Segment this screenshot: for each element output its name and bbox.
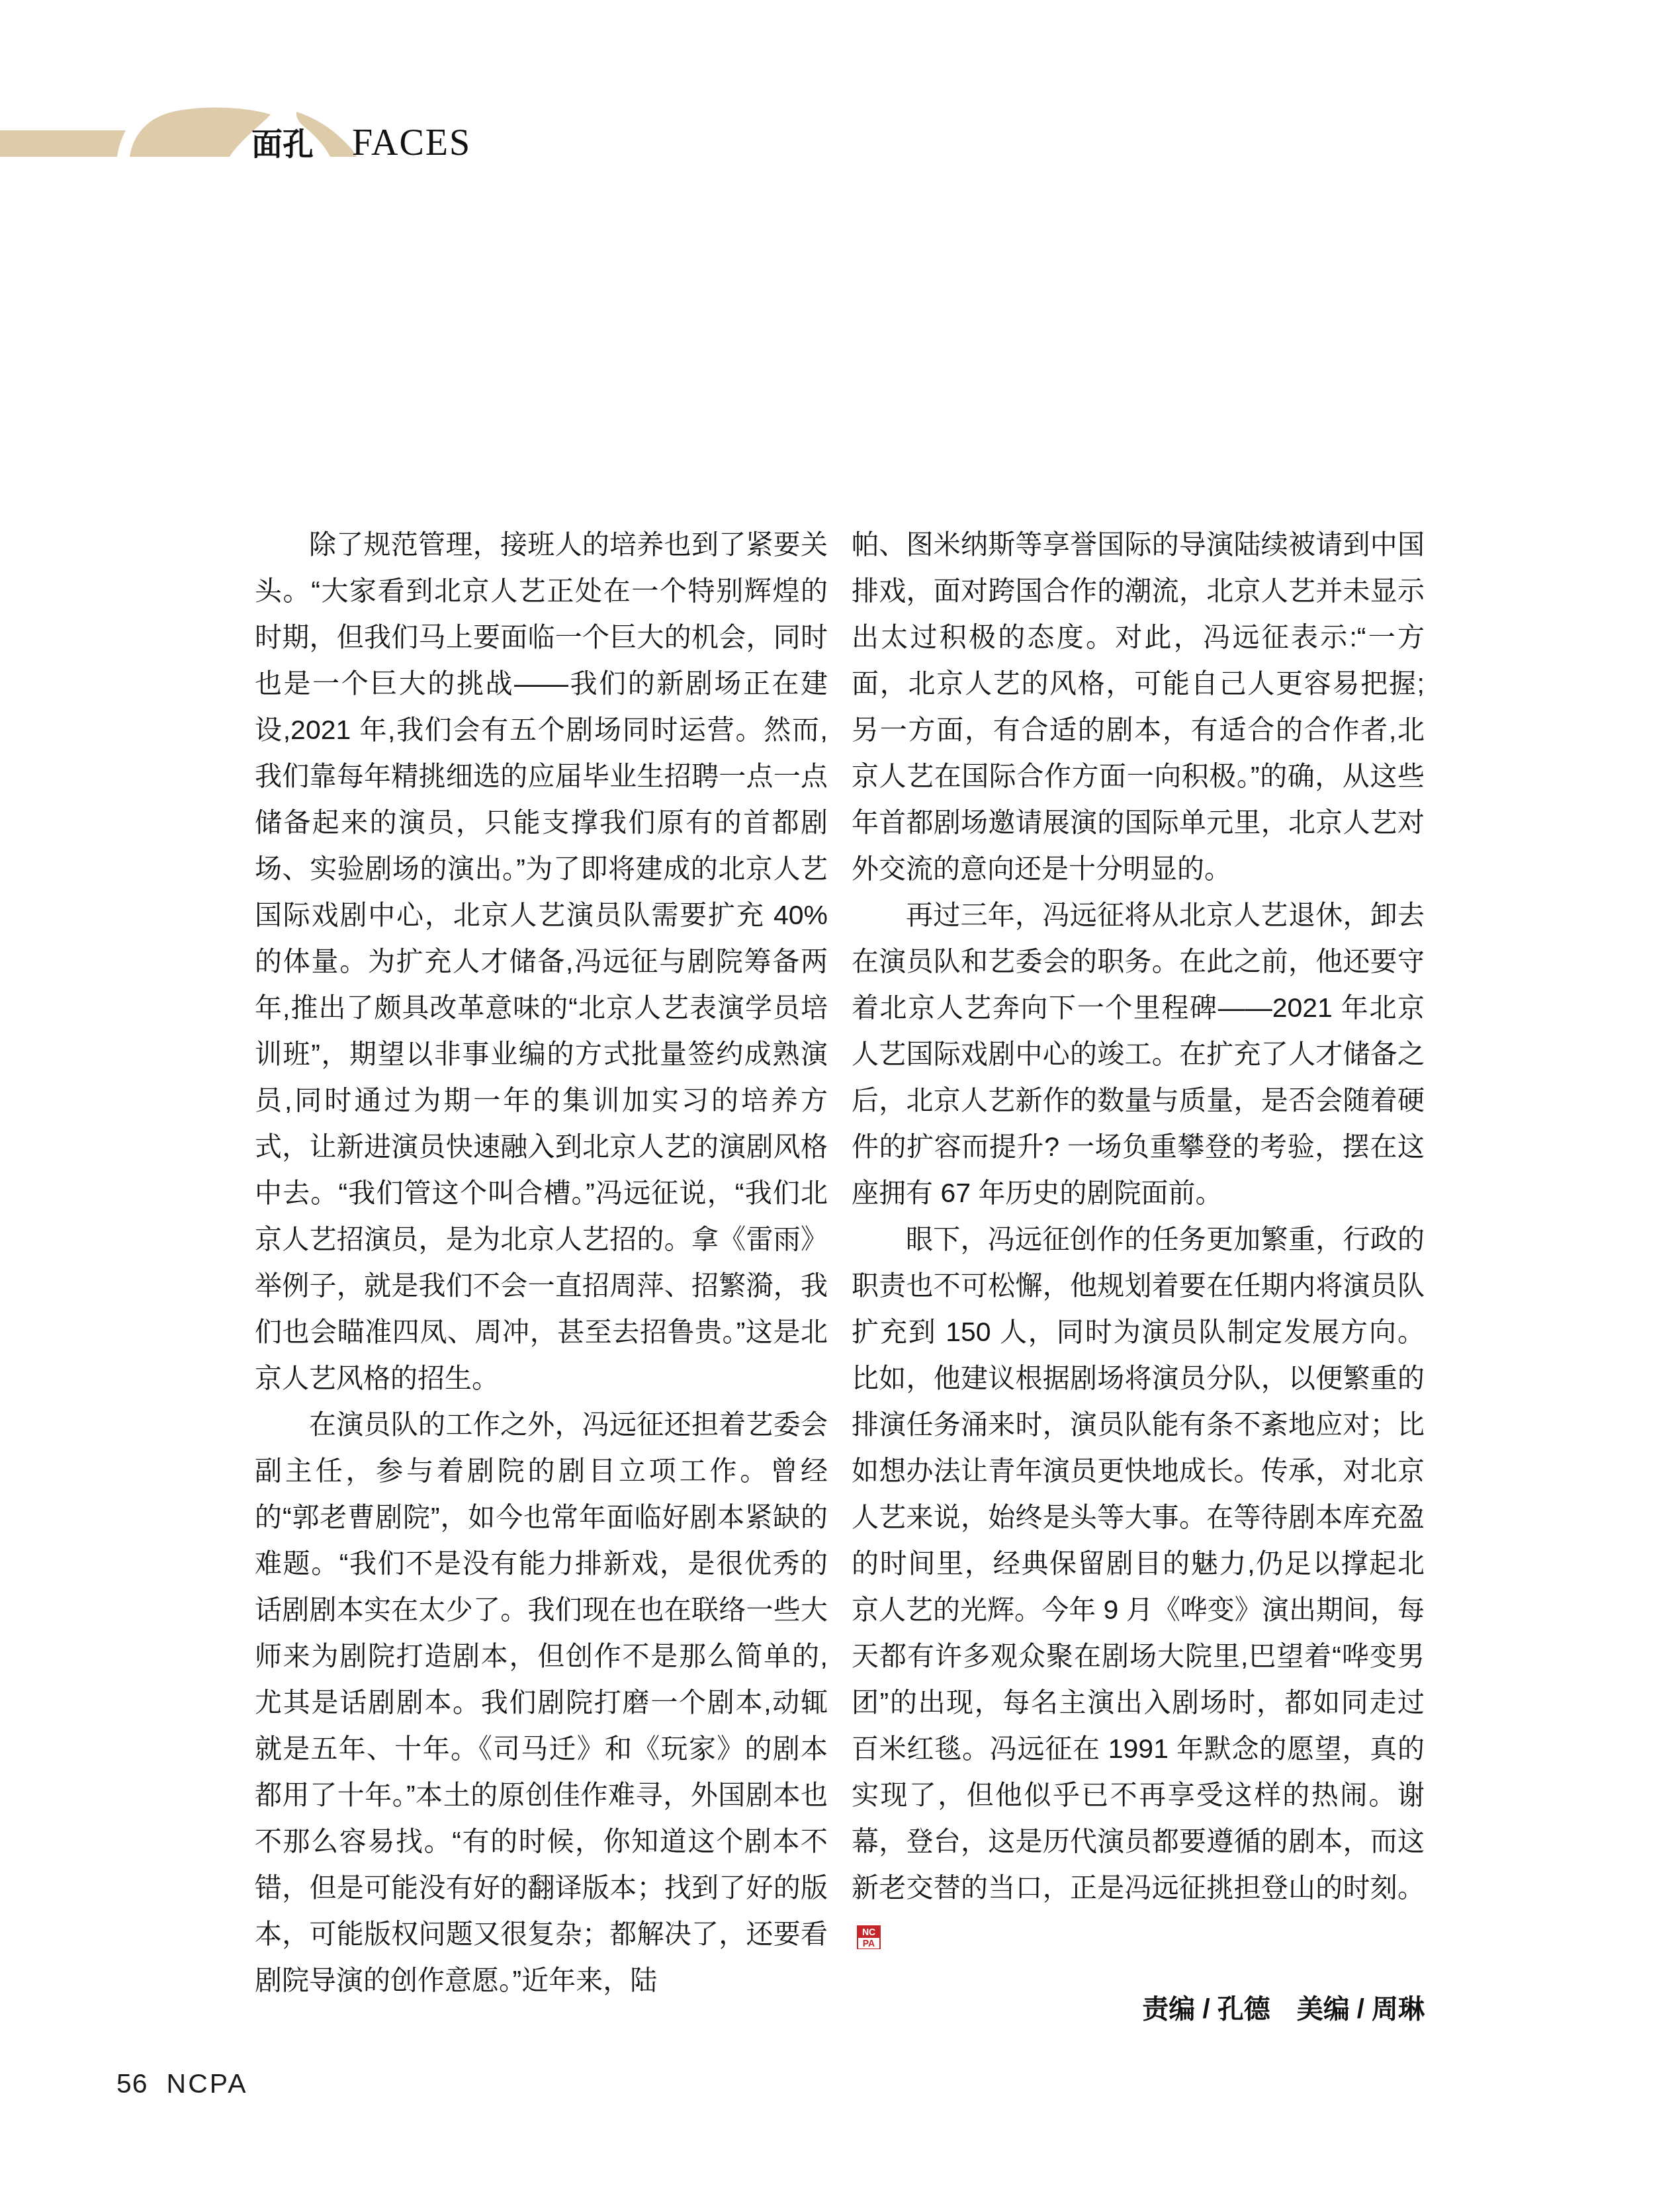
ncpa-end-seal: NCPA [857, 1925, 881, 1949]
paragraph: 帕、图米纳斯等享誉国际的导演陆续被请到中国排戏，面对跨国合作的潮流，北京人艺并未… [852, 521, 1425, 892]
paragraph: 眼下，冯远征创作的任务更加繁重，行政的职责也不可松懈，他规划着要在任期内将演员队… [852, 1216, 1425, 1957]
text-column: 帕、图米纳斯等享誉国际的导演陆续被请到中国排戏，面对跨国合作的潮流，北京人艺并未… [852, 521, 1425, 1957]
ncpa-seal-bottom-text: PA [858, 1938, 879, 1948]
credits-line: 责编 / 孔德 美编 / 周琳 [852, 1988, 1425, 2026]
text-column: 除了规范管理，接班人的培养也到了紧要关头。“大家看到北京人艺正处在一个特别辉煌的… [255, 521, 828, 2003]
paragraph: 除了规范管理，接班人的培养也到了紧要关头。“大家看到北京人艺正处在一个特别辉煌的… [255, 521, 828, 1401]
paragraph: 在演员队的工作之外，冯远征还担着艺委会副主任，参与着剧院的剧目立项工作。曾经的“… [255, 1401, 828, 2003]
page-footer: 56NCPA [116, 2068, 247, 2099]
header-bar-shape [0, 130, 126, 157]
header-dome-shape [130, 107, 271, 157]
page-number: 56 [116, 2068, 148, 2099]
header-swoosh: 面孔 FACES [0, 0, 529, 198]
ncpa-seal-top-text: NC [858, 1927, 879, 1938]
section-title-en: FACES [352, 122, 471, 163]
paragraph: 再过三年，冯远征将从北京人艺退休，卸去在演员队和艺委会的职务。在此之前，他还要守… [852, 892, 1425, 1216]
brand-name: NCPA [167, 2068, 248, 2099]
section-title-zh: 面孔 [251, 126, 314, 161]
